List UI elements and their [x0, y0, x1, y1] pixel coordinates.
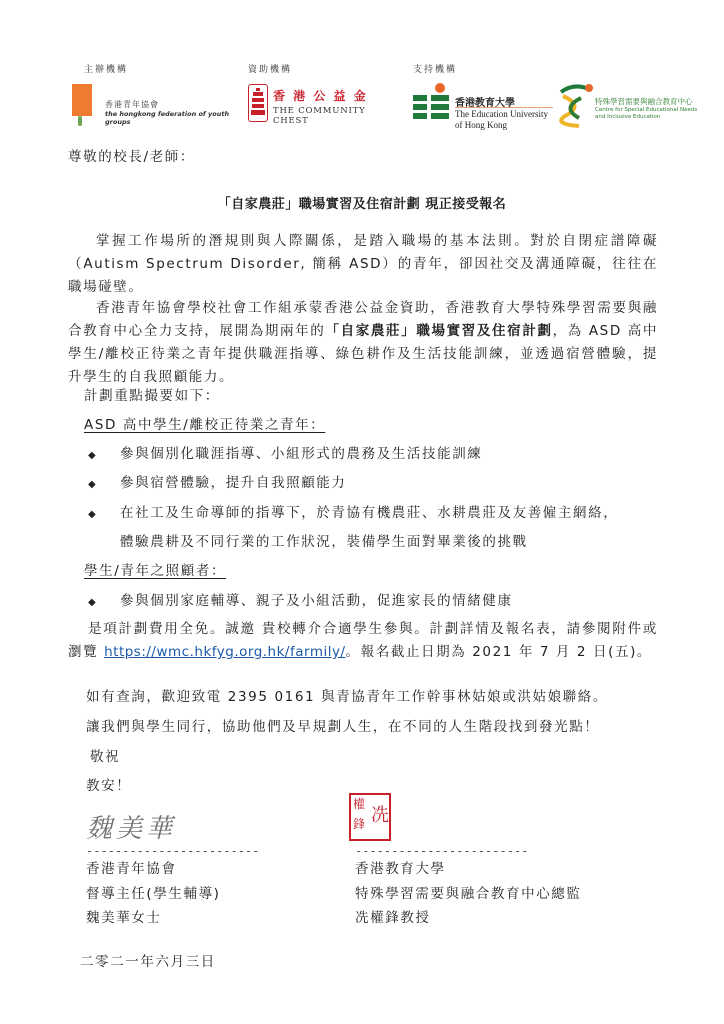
right-signatory-title: 特殊學習需要與融合教育中心總監 — [355, 883, 582, 906]
bullet-icon: ◆ — [88, 597, 97, 608]
right-signatory-org: 香港教育大學 — [355, 858, 446, 881]
eduhk-divider — [455, 107, 553, 108]
signature-wei: 魏美華 — [86, 808, 176, 845]
community-chest-zh: 香 港 公 益 金 — [273, 87, 368, 104]
bullet-icon: ◆ — [88, 509, 97, 520]
salutation: 尊敬的校長/老師： — [68, 146, 195, 169]
eduhk-en-2: of Hong Kong — [455, 120, 507, 130]
sen-centre-en-1: Centre for Special Educational Needs — [595, 107, 697, 113]
sen-centre-logo: 特殊學習需要與融合教育中心 Centre for Special Educati… — [555, 82, 715, 132]
sprout-icon — [78, 116, 82, 126]
sen-centre-en-2: and Inclusive Education — [595, 114, 660, 120]
left-signatory-name: 魏美華女士 — [86, 907, 162, 930]
program-website-link[interactable]: https://wmc.hkfyg.org.hk/farmily/ — [104, 644, 345, 660]
group2-heading: 學生/青年之照顧者： — [84, 560, 226, 583]
group1-item-2: ◆ 參與宿營體驗，提升自我照顧能力 — [88, 472, 97, 496]
group1-item-3-cont: 體驗農耕及不同行業的工作狀況，裝備學生面對畢業後的挑戰 — [120, 531, 528, 554]
eduhk-en-1: The Education University — [455, 109, 548, 119]
program-name: 「自家農莊」職場實習及住宿計劃 — [325, 323, 552, 339]
closing-regards: 敬祝 — [90, 746, 120, 769]
group2-item-1: ◆ 參與個別家庭輔導、親子及小組活動，促進家長的情緒健康 — [88, 590, 97, 614]
seal-stamp-icon: 權 冼 鋒 — [349, 793, 391, 841]
registration-text-b: 。報名截止日期為 2021 年 7 月 2 日(五)。 — [346, 644, 653, 660]
bullet-icon: ◆ — [88, 450, 97, 461]
pagoda-icon — [248, 84, 268, 122]
letter-title: 「自家農莊」職場實習及住宿計劃 現正接受報名 — [0, 193, 724, 212]
organizer-label: 主辦機構 — [84, 62, 128, 75]
left-signatory-title: 督導主任(學生輔導) — [86, 883, 221, 906]
paragraph-closing-message: 讓我們與學生同行，協助他們及早規劃人生，在不同的人生階段找到發光點！ — [86, 716, 599, 739]
letter-date: 二零二一年六月三日 — [80, 951, 216, 974]
community-chest-en: THE COMMUNITY CHEST — [273, 106, 398, 126]
signature-line-left: ------------------------ — [86, 844, 259, 858]
hkfyg-mark-icon — [72, 84, 92, 116]
left-signatory-org: 香港青年協會 — [86, 858, 177, 881]
eduhk-mark-icon — [413, 82, 453, 126]
sen-centre-mark-icon — [555, 82, 595, 130]
paragraph-registration: 是項計劃費用全免。誠邀 貴校轉介合適學生參與。計劃詳情及報名表，請參閱附件或瀏覽… — [68, 618, 658, 664]
group1-item-3: ◆ 在社工及生命導師的指導下，於青協有機農莊、水耕農莊及友善僱主網絡， — [88, 502, 97, 526]
paragraph-program: 香港青年協會學校社會工作組承蒙香港公益金資助，香港教育大學特殊學習需要與融合教育… — [68, 297, 658, 389]
hkfyg-en: the hongkong federation of youth groups — [105, 110, 240, 126]
closing-greeting: 教安！ — [86, 775, 131, 798]
signature-line-right: ------------------------ — [355, 844, 528, 858]
bullet-icon: ◆ — [88, 479, 97, 490]
group1-item-1: ◆ 參與個別化職涯指導、小組形式的農務及生活技能訓練 — [88, 443, 97, 467]
hkfyg-logo: 香港青年協會 the hongkong federation of youth … — [70, 84, 240, 134]
highlights-intro: 計劃重點撮要如下： — [84, 385, 220, 408]
paragraph-intro: 掌握工作場所的潛規則與人際關係，是踏入職場的基本法則。對於自閉症譜障礙（Auti… — [68, 230, 658, 299]
group1-heading: ASD 高中學生/離校正待業之青年： — [84, 414, 325, 437]
sen-centre-zh: 特殊學習需要與融合教育中心 — [595, 96, 693, 107]
supporter-label: 支持機構 — [413, 62, 457, 75]
sponsor-label: 資助機構 — [248, 62, 292, 75]
hkfyg-zh: 香港青年協會 — [105, 99, 159, 110]
right-signatory-name: 冼權鋒教授 — [355, 907, 431, 930]
community-chest-logo: 香 港 公 益 金 THE COMMUNITY CHEST — [248, 84, 398, 124]
paragraph-enquiry: 如有查詢，歡迎致電 2395 0161 與青協青年工作幹事林姑娘或洪姑娘聯絡。 — [86, 686, 608, 709]
eduhk-logo: 香港教育大學 The Education University of Hong … — [413, 82, 563, 132]
